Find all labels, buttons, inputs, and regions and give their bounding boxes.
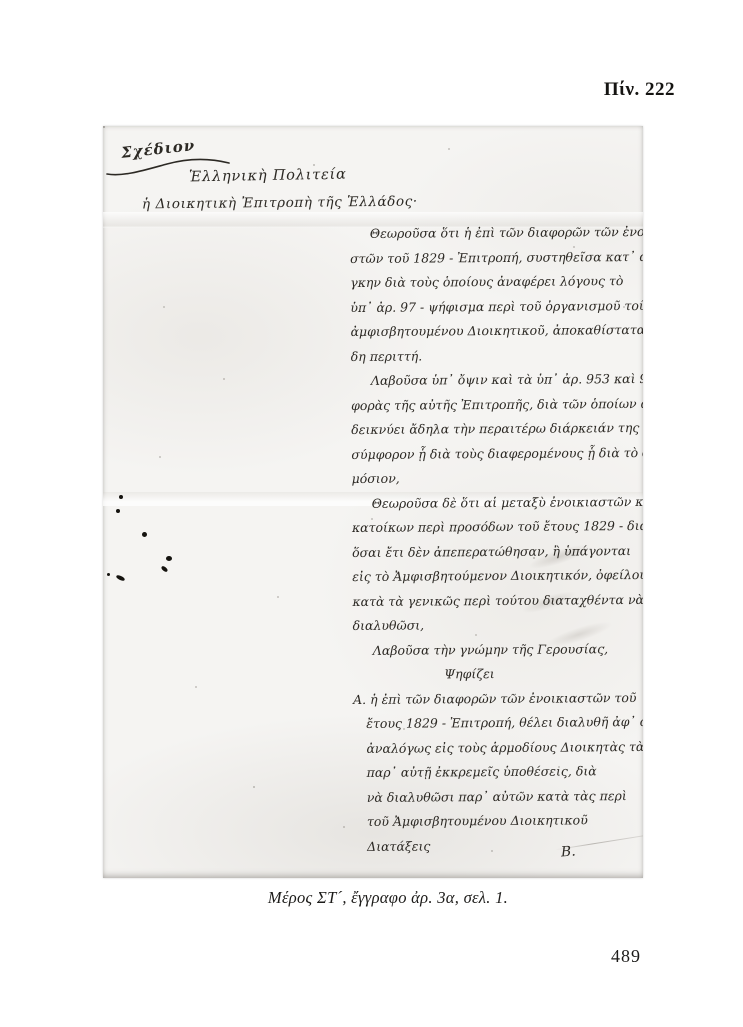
manuscript-line: κατὰ τὰ γενικῶς περὶ τούτου διαταχθέντα … [352,587,643,614]
plate-label: Πίν. 222 [604,79,675,101]
manuscript-line: σύμφορον ᾗ διὰ τοὺς διαφερομένους ᾗ διὰ … [351,440,643,467]
manuscript-line: ὑπ᾽ ἀρ. 97 - ψήφισμα περὶ τοῦ ὀργανισμοῦ… [350,293,643,320]
ink-blot [142,532,147,537]
manuscript-body: Θεωροῦσα ὅτι ἡ ἐπὶ τῶν διαφορῶν τῶν ἐνοι… [350,220,643,859]
manuscript-line: δη περιττή. [351,342,643,369]
manuscript-line: στῶν τοῦ 1829 - Ἐπιτροπή, συστηθεῖσα κατ… [350,244,643,271]
manuscript-line: εἰς τὸ Ἀμφισβητούμενον Διοικητικόν, ὀφεί… [352,563,643,590]
manuscript-heading-committee: ἡ Διοικητικὴ Ἐπιτροπὴ τῆς Ἑλλάδος· [142,194,418,213]
manuscript-line: Λαβοῦσα τὴν γνώμην τῆς Γερουσίας, [353,636,643,663]
manuscript-line: Διατάξεις [354,832,643,859]
manuscript-line: Α. ἡ ἐπὶ τῶν διαφορῶν τῶν ἐνοικιαστῶν το… [353,685,643,712]
manuscript-heading-state: Ἑλληνικὴ Πολιτεία [189,167,347,186]
manuscript-line: διαλυθῶσι, [353,612,643,639]
ink-blot [116,574,126,581]
manuscript-line: μόσιον, [351,465,643,492]
ink-blot [166,556,172,561]
manuscript-line: ἀναλόγως εἰς τοὺς ἁρμοδίους Διοικητὰς τὰ… [353,734,643,761]
manuscript-line: δεικνύει ἄδηλα τὴν περαιτέρω διάρκειάν τ… [351,416,643,443]
manuscript-line: κατοίκων περὶ προσόδων τοῦ ἔτους 1829 - … [352,514,643,541]
book-page: { "page": { "plate_label": "Πίν. 222", "… [0,0,743,1027]
manuscript-line: Θεωροῦσα ὅτι ἡ ἐπὶ τῶν διαφορῶν τῶν ἐνοι… [350,220,643,247]
ink-blot [107,573,110,576]
manuscript-line: Θεωροῦσα δὲ ὅτι αἱ μεταξὺ ἐνοικιαστῶν κα… [352,489,643,516]
manuscript-line: ἀμφισβητουμένου Διοικητικοῦ, ἀποκαθίστατ… [350,318,643,345]
signature-initial: Β. [560,844,576,861]
page-number: 489 [611,946,641,967]
manuscript-line: ἔτους 1829 - Ἐπιτροπή, θέλει διαλυθῆ ἀφ᾽… [353,710,643,737]
ink-blot [119,495,123,499]
paper-speckles [103,126,105,128]
manuscript-line: γκην διὰ τοὺς ὁποίους ἀναφέρει λόγους τὸ [350,269,643,296]
manuscript-line: νὰ διαλυθῶσι παρ᾽ αὐτῶν κατὰ τὰς περὶ [354,783,643,810]
manuscript-decree-word: Ψηφίζει [353,661,643,688]
manuscript-line: τοῦ Ἀμφισβητουμένου Διοικητικοῦ [354,808,643,835]
manuscript-scan: Σχέδιον Ἑλληνικὴ Πολιτεία ἡ Διοικητικὴ Ἐ… [103,126,643,878]
ink-blot [116,509,120,513]
ink-blot [161,565,169,573]
manuscript-line: Λαβοῦσα ὑπ᾽ ὄψιν καὶ τὰ ὑπ᾽ ἀρ. 953 καὶ … [351,367,643,394]
manuscript-line: ὅσαι ἔτι δὲν ἀπεπερατώθησαν, ἢ ὑπάγονται [352,538,643,565]
manuscript-line: φορὰς τῆς αὐτῆς Ἐπιτροπῆς, διὰ τῶν ὁποίω… [351,391,643,418]
manuscript-line: παρ᾽ αὐτῇ ἐκκρεμεῖς ὑποθέσεις, διὰ [354,759,643,786]
figure-caption: Μέρος ΣΤ´, ἔγγραφο ἀρ. 3α, σελ. 1. [268,888,508,908]
